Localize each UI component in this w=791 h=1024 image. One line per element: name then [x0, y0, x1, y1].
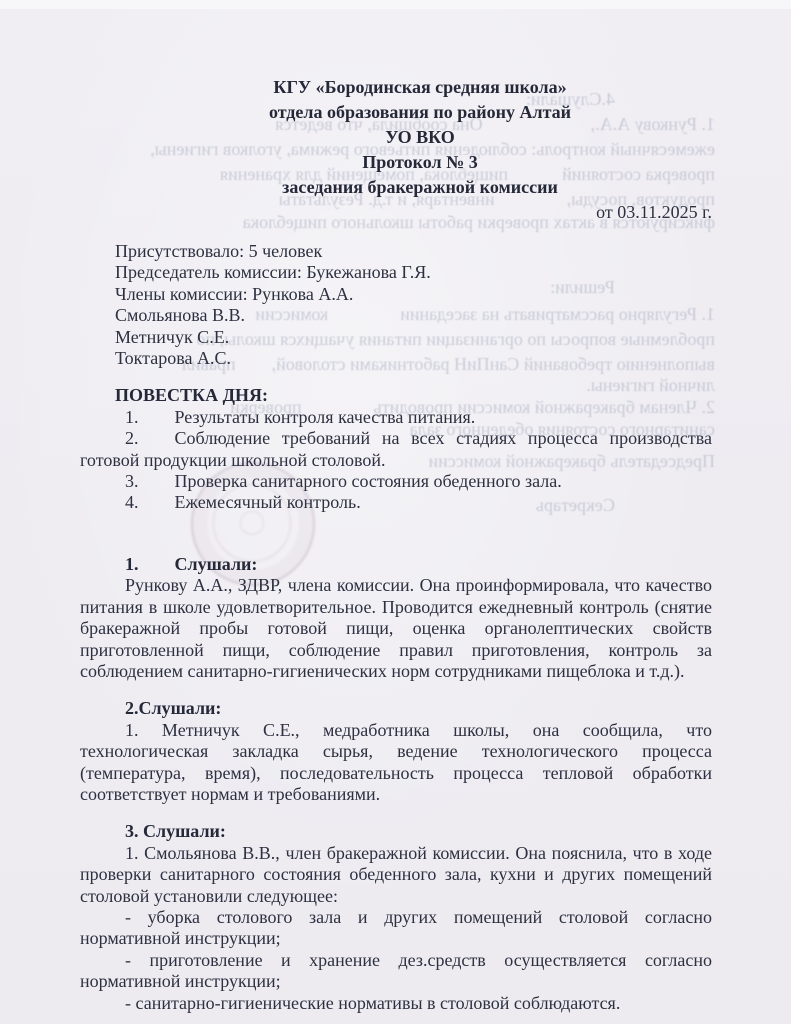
protocol-subtitle: заседания бракеражной комиссии: [128, 175, 712, 200]
agenda-item: 1. Результаты контроля качества питания.: [80, 407, 712, 428]
section-heard-1: 1. Слушали: Рункову А.А., ЗДВР, члена ко…: [80, 554, 712, 682]
protocol-title: Протокол № 3: [128, 150, 712, 175]
attendees-block: Присутствовало: 5 человек Председатель к…: [115, 241, 712, 369]
section-heard-3: 3. Слушали: 1. Смольянова В.В., член бра…: [80, 821, 712, 1014]
members-line: Члены комиссии: Рункова А.А.: [115, 284, 712, 305]
bullet-line: - уборка столового зала и других помещен…: [80, 907, 712, 950]
document-content: КГУ «Бородинская средняя школа» отдела о…: [0, 9, 791, 1014]
section-heading: 3. Слушали:: [80, 821, 712, 842]
org-name-line-3: УО ВКО: [128, 125, 712, 150]
org-name-line-1: КГУ «Бородинская средняя школа»: [128, 75, 712, 100]
section-paragraph: Рункову А.А., ЗДВР, члена комиссии. Она …: [80, 575, 712, 682]
org-name-line-2: отдела образования по району Алтай: [128, 100, 712, 125]
scanned-protocol-page: 4.Слушали: 1. Рункову А.А., Она сообщила…: [0, 9, 791, 1024]
section-paragraph: 1. Смольянова В.В., член бракеражной ком…: [80, 843, 712, 907]
agenda-title: ПОВЕСТКА ДНЯ:: [115, 385, 712, 406]
agenda-item: 4. Ежемесячный контроль.: [80, 492, 712, 513]
agenda-block: ПОВЕСТКА ДНЯ: 1. Результаты контроля кач…: [80, 385, 712, 513]
bullet-line: - санитарно-гигиенические нормативы в ст…: [80, 993, 712, 1014]
member-line: Метничук С.Е.: [115, 327, 712, 348]
member-line: Токтарова А.С.: [115, 348, 712, 369]
chairman-line: Председатель комиссии: Букежанова Г.Я.: [115, 262, 712, 283]
section-heard-2: 2.Слушали: 1. Метничук С.Е., медработник…: [80, 698, 712, 805]
section-heading: 1. Слушали:: [80, 554, 712, 575]
member-line: Смольянова В.В.: [115, 305, 712, 326]
agenda-item: 3. Проверка санитарного состояния обеден…: [80, 471, 712, 492]
attendees-count-line: Присутствовало: 5 человек: [115, 241, 712, 262]
agenda-item: 2. Соблюдение требований на всех стадиях…: [80, 428, 712, 471]
bullet-line: - приготовление и хранение дез.средств о…: [80, 950, 712, 993]
section-heading: 2.Слушали:: [80, 698, 712, 719]
section-paragraph: 1. Метничук С.Е., медработника школы, он…: [80, 720, 712, 806]
protocol-date: от 03.11.2025 г.: [80, 200, 712, 225]
document-header: КГУ «Бородинская средняя школа» отдела о…: [80, 75, 712, 200]
